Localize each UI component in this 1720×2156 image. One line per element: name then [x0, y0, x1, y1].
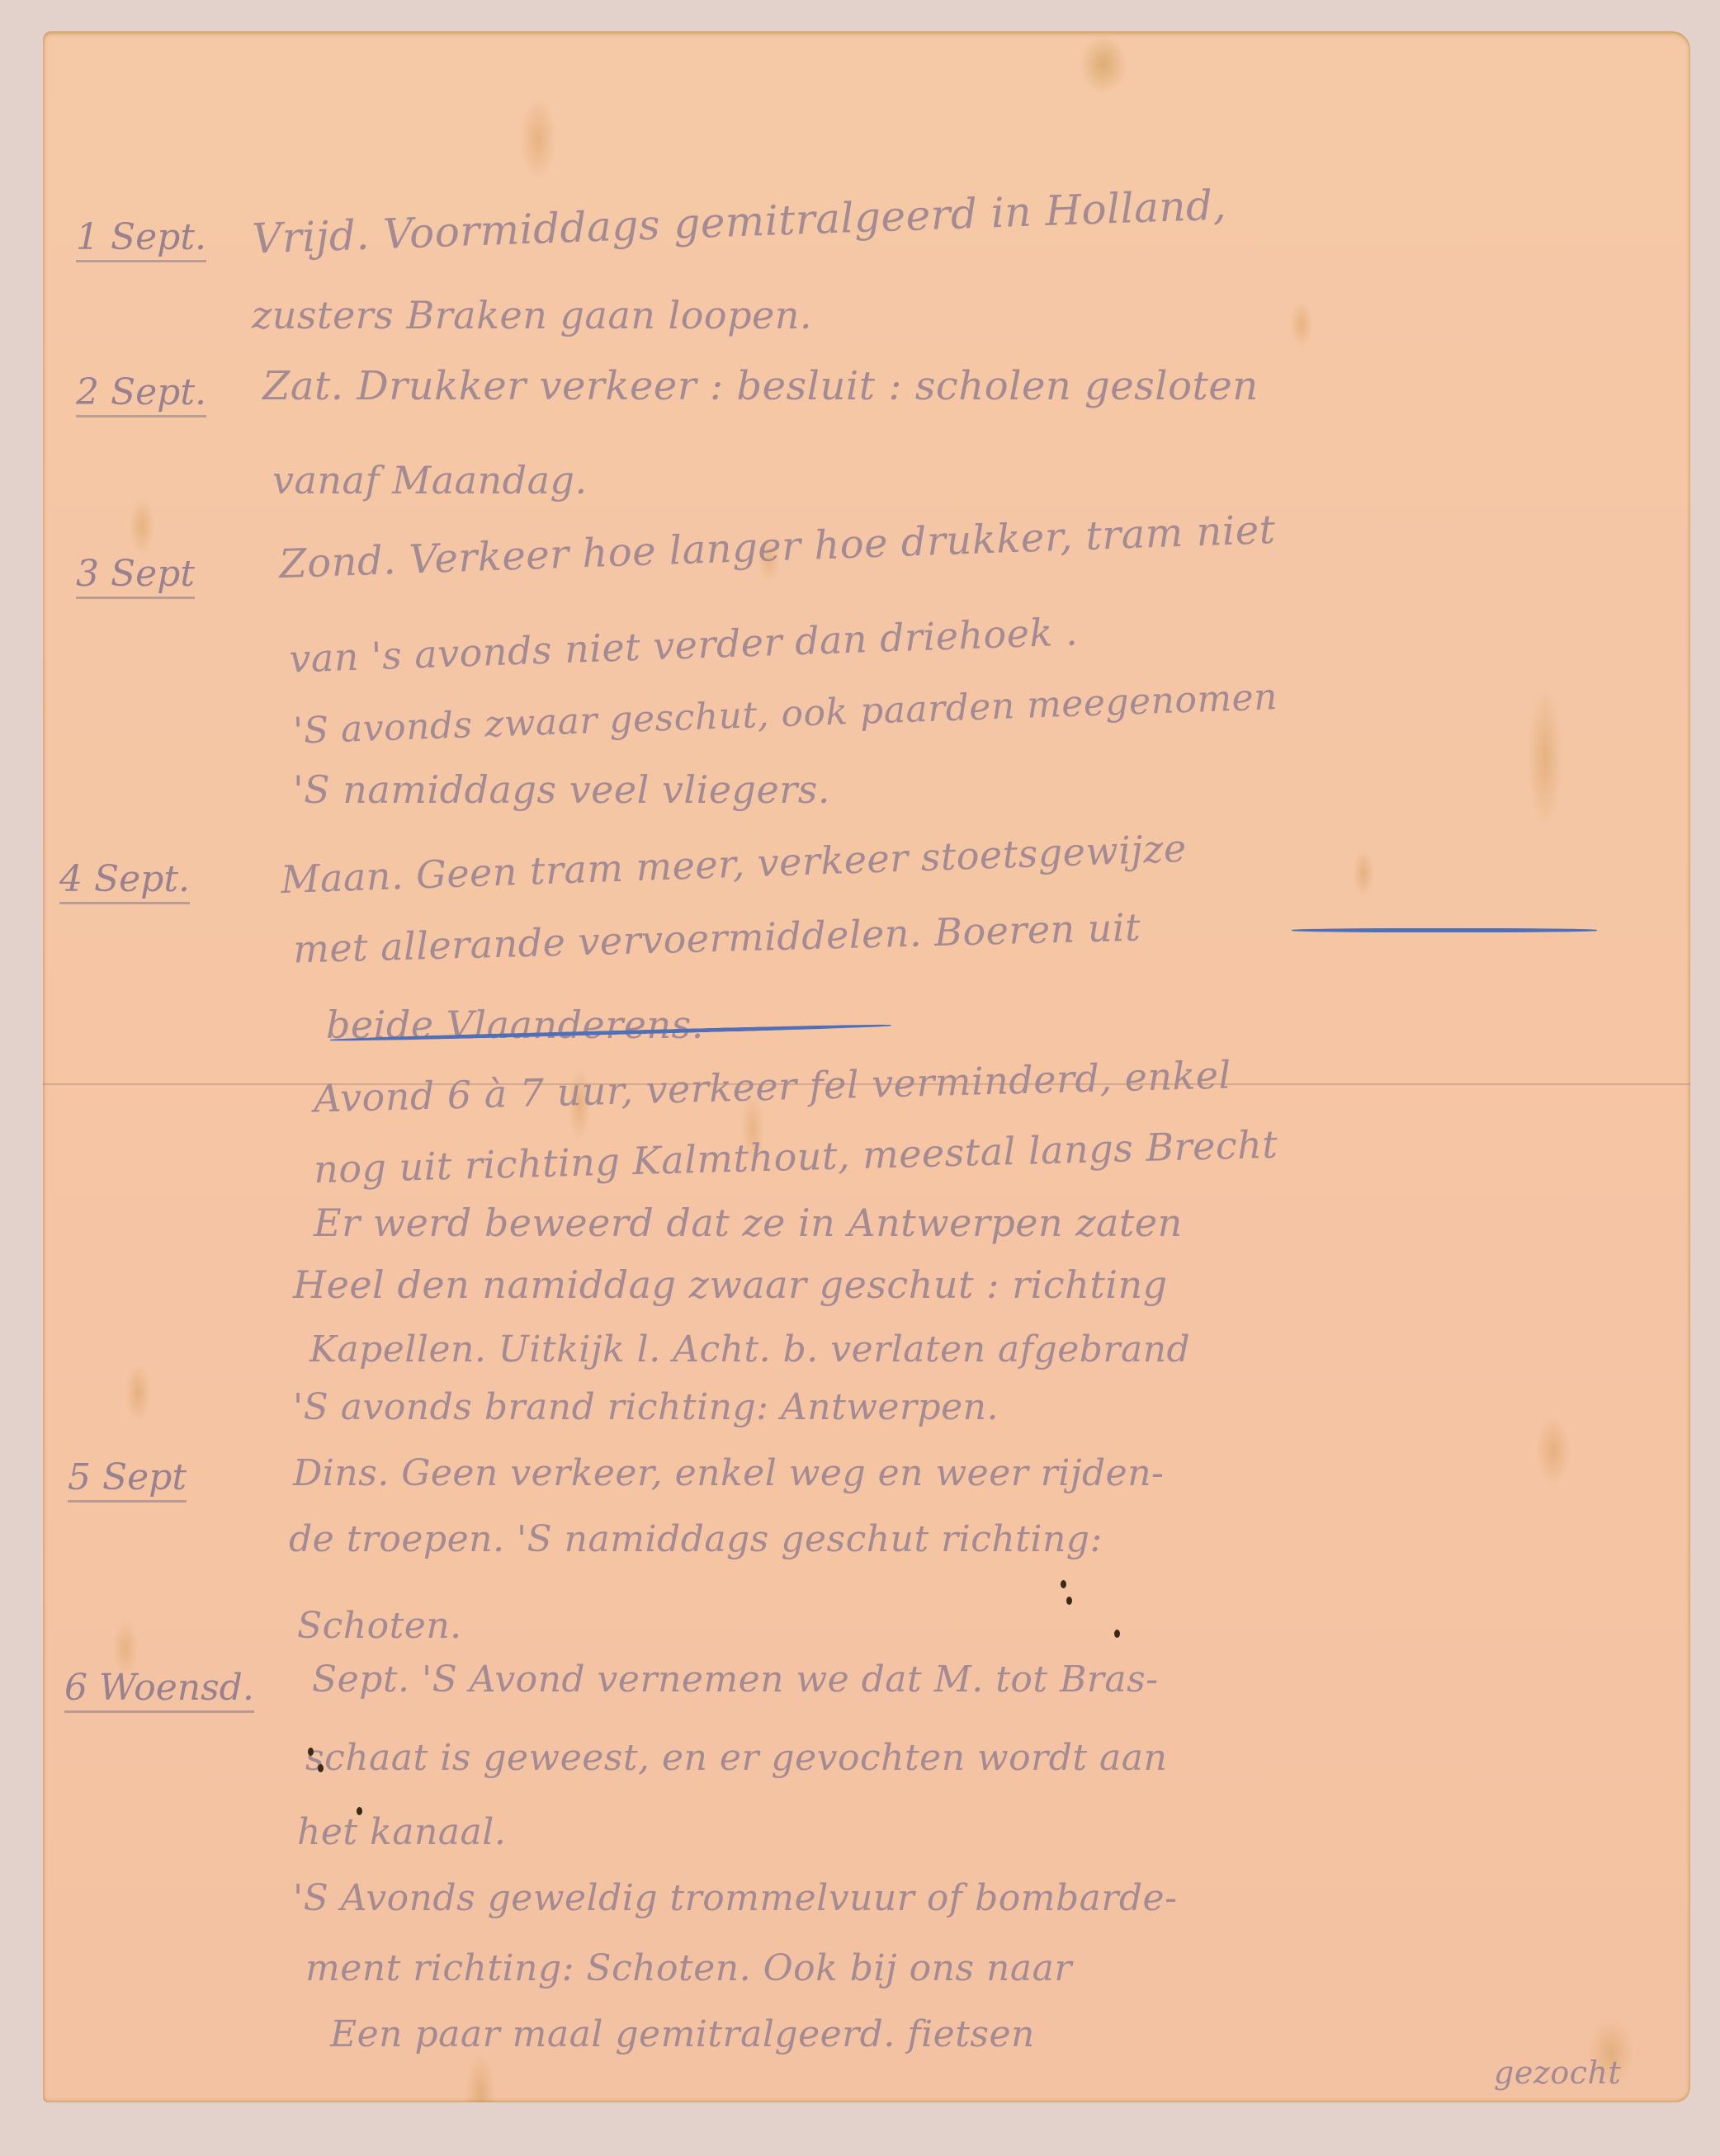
entry-line: Zat. Drukker verkeer : besluit : scholen… — [262, 363, 1259, 409]
entry-line: Kapellen. Uitkijk l. Acht. b. verlaten a… — [310, 1328, 1190, 1370]
entry-line: vanaf Maandag. — [272, 458, 588, 502]
entry-line: Er werd beweerd dat ze in Antwerpen zate… — [314, 1201, 1183, 1245]
entry-line: de troepen. 'S namiddags geschut richtin… — [289, 1518, 1103, 1560]
entry-line: schaat is geweest, en er gevochten wordt… — [305, 1737, 1167, 1779]
entry-date-4-sept: 4 Sept. — [59, 858, 190, 904]
entry-line: Een paar maal gemitralgeerd. fietsen — [330, 2013, 1035, 2055]
entry-line: gezocht — [1494, 2055, 1621, 2091]
entry-date-5-sept: 5 Sept — [68, 1456, 187, 1503]
entry-line: het kanaal. — [297, 1811, 506, 1853]
entry-line: beide Vlaanderens. — [326, 1003, 704, 1047]
ink-spot — [308, 1748, 314, 1756]
entry-date-3-sept: 3 Sept — [76, 553, 195, 599]
entry-date-6-woensd: 6 Woensd. — [64, 1667, 254, 1713]
ink-spot — [1114, 1630, 1120, 1638]
entry-line: Schoten. — [297, 1605, 462, 1647]
entry-line: Heel den namiddag zwaar geschut : richti… — [293, 1262, 1168, 1307]
entry-line: 'S avonds brand richting: Antwerpen. — [293, 1386, 999, 1428]
ink-spot — [357, 1807, 362, 1815]
ink-spot — [1061, 1580, 1066, 1588]
entry-line: zusters Braken gaan loopen. — [252, 293, 812, 337]
entry-line: 'S Avonds geweldig trommelvuur of bombar… — [293, 1877, 1177, 1919]
entry-date-2-sept: 2 Sept. — [76, 371, 206, 418]
blue-underline-boeren-uit — [1292, 928, 1597, 932]
entry-line: Dins. Geen verkeer, enkel weg en weer ri… — [293, 1452, 1164, 1494]
entry-line: ment richting: Schoten. Ook bij ons naar — [305, 1947, 1072, 1989]
ink-spot — [1066, 1597, 1072, 1605]
entry-line: Sept. 'S Avond vernemen we dat M. tot Br… — [312, 1658, 1159, 1701]
ink-spot — [318, 1764, 324, 1772]
entry-line: 'S namiddags veel vliegers. — [293, 767, 830, 812]
entry-date-1-sept: 1 Sept. — [76, 216, 206, 262]
